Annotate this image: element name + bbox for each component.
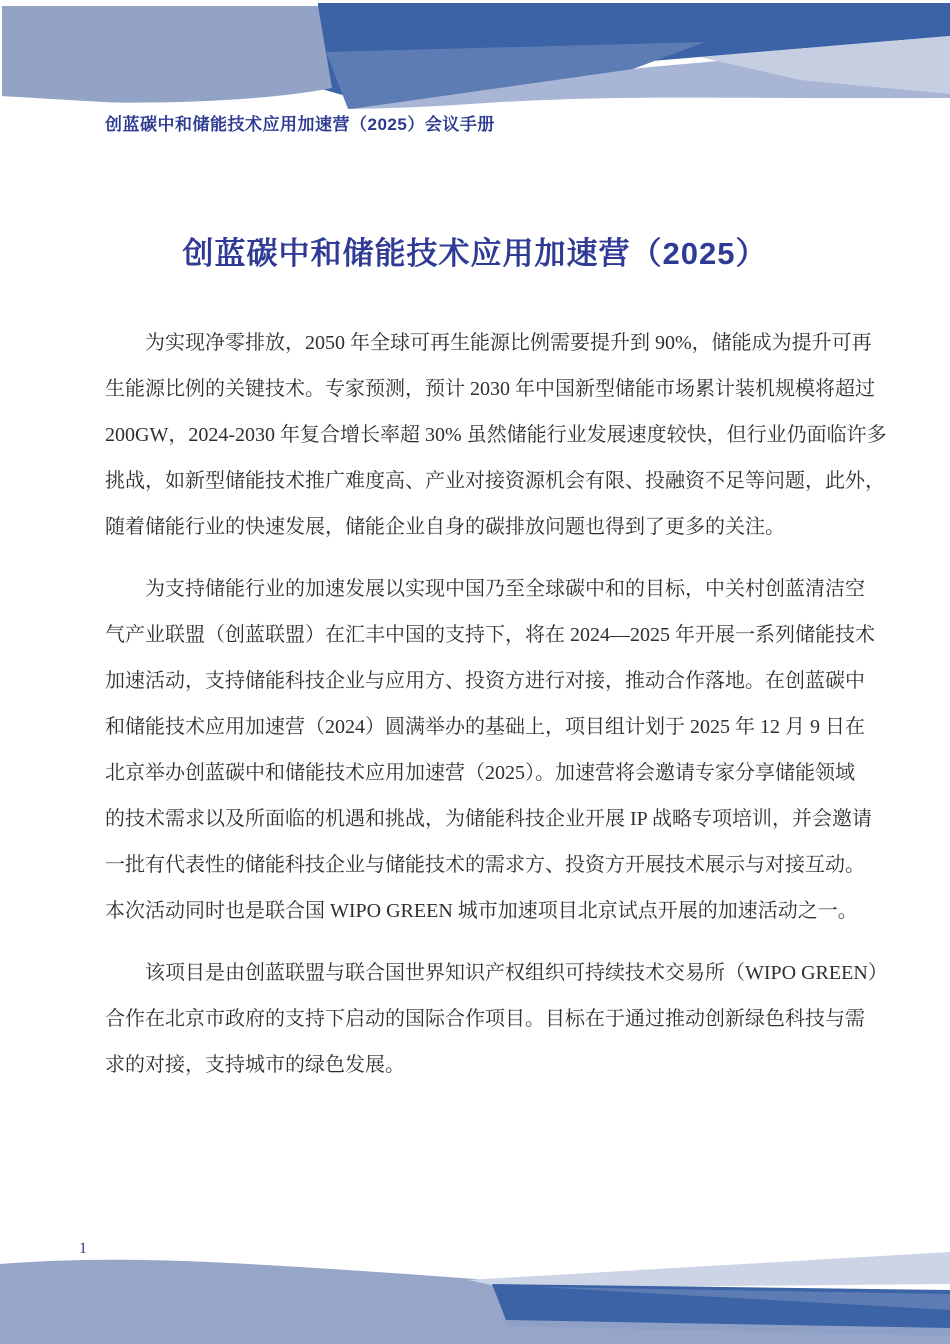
paragraph-3: 该项目是由创蓝联盟与联合国世界知识产权组织可持续技术交易所（WIPO GREEN… — [105, 950, 845, 1088]
paragraph-2: 为支持储能行业的加速发展以实现中国乃至全球碳中和的目标，中关村创蓝清洁空 气产业… — [105, 566, 845, 934]
paragraph-1: 为实现净零排放，2050 年全球可再生能源比例需要提升到 90%，储能成为提升可… — [105, 320, 845, 550]
header-decoration — [0, 0, 950, 190]
footer-decoration — [0, 1240, 950, 1344]
body-line: 随着储能行业的快速发展，储能企业自身的碳排放问题也得到了更多的关注。 — [105, 504, 845, 550]
body-line: 气产业联盟（创蓝联盟）在汇丰中国的支持下，将在 2024—2025 年开展一系列… — [105, 612, 845, 658]
footer-under-strip — [502, 1310, 950, 1336]
body-line: 求的对接，支持城市的绿色发展。 — [105, 1042, 845, 1088]
document-page: 创蓝碳中和储能技术应用加速营（2025）会议手册 创蓝碳中和储能技术应用加速营（… — [0, 0, 950, 1344]
body-line: 挑战，如新型储能技术推广难度高、产业对接资源机会有限、投融资不足等问题，此外， — [105, 458, 845, 504]
header-corner-shape — [2, 6, 332, 103]
body-line: 本次活动同时也是联合国 WIPO GREEN 城市加速项目北京试点开展的加速活动… — [105, 888, 845, 934]
header-medium-band — [326, 42, 705, 114]
body-line: 为支持储能行业的加速发展以实现中国乃至全球碳中和的目标，中关村创蓝清洁空 — [105, 566, 845, 612]
header-dark-band — [318, 3, 950, 120]
body-line: 合作在北京市政府的支持下启动的国际合作项目。目标在于通过推动创新绿色科技与需 — [105, 996, 845, 1042]
header-pale-band — [700, 36, 950, 94]
page-number: 1 — [79, 1240, 87, 1258]
running-header: 创蓝碳中和储能技术应用加速营（2025）会议手册 — [105, 110, 495, 135]
footer-wave — [0, 1260, 950, 1344]
body-line: 北京举办创蓝碳中和储能技术应用加速营（2025）。加速营将会邀请专家分享储能领域 — [105, 750, 845, 796]
footer-inner-wedge — [540, 1287, 950, 1310]
body-line: 生能源比例的关键技术。专家预测，预计 2030 年中国新型储能市场累计装机规模将… — [105, 366, 845, 412]
body-line: 的技术需求以及所面临的机遇和挑战，为储能科技企业开展 IP 战略专项培训，并会邀… — [105, 796, 845, 842]
body-line: 和储能技术应用加速营（2024）圆满举办的基础上，项目组计划于 2025 年 1… — [105, 704, 845, 750]
footer-pale-band — [468, 1252, 950, 1288]
body-line: 加速活动，支持储能科技企业与应用方、投资方进行对接，推动合作落地。在创蓝碳中 — [105, 658, 845, 704]
body-line: 该项目是由创蓝联盟与联合国世界知识产权组织可持续技术交易所（WIPO GREEN… — [105, 950, 845, 996]
footer-dark-wedge — [492, 1284, 950, 1328]
body-line: 为实现净零排放，2050 年全球可再生能源比例需要提升到 90%，储能成为提升可… — [105, 320, 845, 366]
body-line: 一批有代表性的储能科技企业与储能技术的需求方、投资方开展技术展示与对接互动。 — [105, 842, 845, 888]
body-line: 200GW，2024-2030 年复合增长率超 30% 虽然储能行业发展速度较快… — [105, 412, 845, 458]
page-title: 创蓝碳中和储能技术应用加速营（2025） — [0, 228, 950, 273]
body-text: 为实现净零排放，2050 年全球可再生能源比例需要提升到 90%，储能成为提升可… — [105, 320, 845, 1088]
